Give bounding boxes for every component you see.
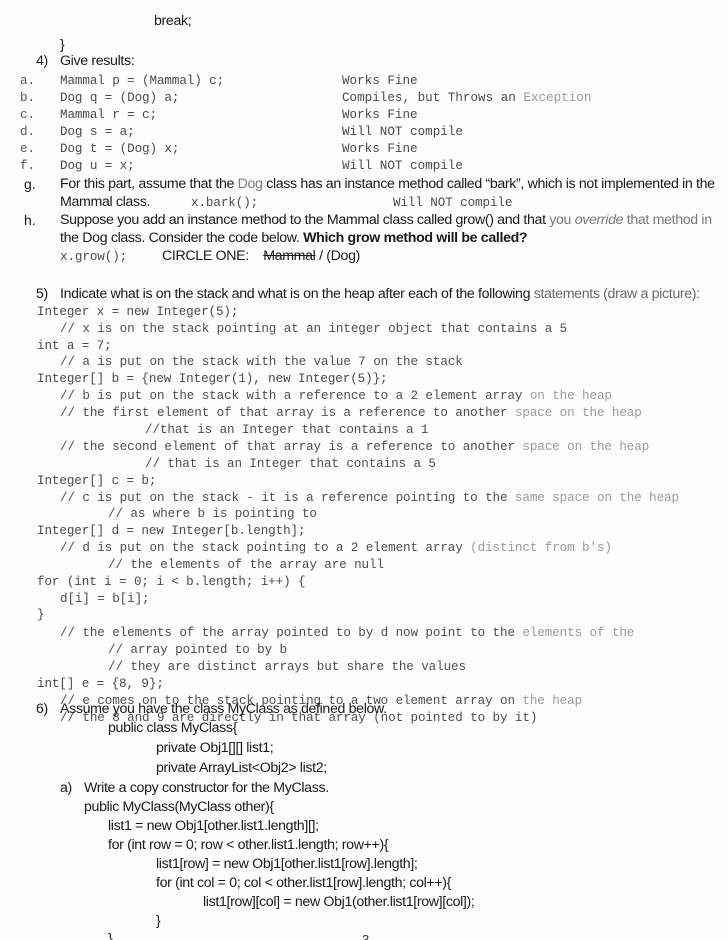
code-line: } <box>108 930 112 940</box>
text-part: the Dog class. Consider the code below. <box>60 230 303 246</box>
item-code: Mammal p = (Mammal) c; <box>60 72 224 90</box>
item-code: Dog s = a; <box>60 123 135 141</box>
comment-line: // that is an Integer that contains a 5 <box>145 455 436 473</box>
comment-line: // the elements of the array are null <box>108 556 384 574</box>
item-answer: Will NOT compile <box>342 157 463 175</box>
comment-main: // b is put on the stack with a referenc… <box>60 389 522 403</box>
text-part: Suppose you add an instance method to th… <box>60 212 549 228</box>
item-code: Dog q = (Dog) a; <box>60 89 179 107</box>
item-label: g. <box>24 175 36 193</box>
comment-line: // the second element of that array is a… <box>60 438 649 456</box>
title-main: Indicate what is on the stack and what i… <box>60 286 530 302</box>
comment-main: // the second element of that array is a… <box>60 440 515 454</box>
code-line: list1[row] = new Obj1[other.list1[row].l… <box>156 855 418 873</box>
code-line: public MyClass(MyClass other){ <box>84 798 274 816</box>
dog-word: Dog <box>238 176 263 192</box>
item-h-code: x.grow(); <box>60 248 127 266</box>
item-code: Mammal r = c; <box>60 106 157 124</box>
item-code: Dog u = x; <box>60 157 135 175</box>
text-part: that method in <box>623 212 712 228</box>
comment-fade: same space on the heap <box>507 491 679 505</box>
item-g-code: x.bark(); <box>191 194 258 212</box>
item-h-line2: the Dog class. Consider the code below. … <box>60 229 527 247</box>
question-5-number: 5) <box>36 285 48 303</box>
item-answer: Works Fine <box>342 106 418 124</box>
item-code: Dog t = (Dog) x; <box>60 140 179 158</box>
comment-main: // the first element of that array is a … <box>60 406 507 420</box>
code-line: Integer x = new Integer(5); <box>37 303 238 321</box>
question-4-title: Give results: <box>60 52 134 70</box>
part-a-title: Write a copy constructor for the MyClass… <box>84 779 329 797</box>
comment-line: // x is on the stack pointing at an inte… <box>60 320 567 338</box>
code-line: for (int i = 0; i < b.length; i++) { <box>37 573 305 591</box>
item-label: a. <box>20 72 35 90</box>
item-label: h. <box>24 211 36 229</box>
code-line: } <box>156 912 160 930</box>
code-line: list1[row][col] = new Obj1(other.list1[r… <box>203 893 474 911</box>
code-line: int[] e = {8, 9}; <box>37 675 164 693</box>
option-dog-selected: (Dog) <box>326 248 360 264</box>
item-label: d. <box>20 123 35 141</box>
answer-fade: Exception <box>523 91 591 105</box>
comment-fade: space on the heap <box>515 440 649 454</box>
option-mammal-crossed: Mammal <box>263 248 315 264</box>
question-6-title: Assume you have the class MyClass as def… <box>60 700 387 718</box>
item-answer: Works Fine <box>342 72 418 90</box>
comment-line: // the elements of the array pointed to … <box>60 624 634 642</box>
comment-line: //that is an Integer that contains a 1 <box>145 421 428 439</box>
text-part: For this part, assume that the <box>60 176 238 192</box>
item-h-text: Suppose you add an instance method to th… <box>60 211 712 229</box>
comment-fade: elements of the <box>515 626 634 640</box>
comment-line: // d is put on the stack pointing to a 2… <box>60 539 612 557</box>
item-answer: Compiles, but Throws an Exception <box>342 89 591 107</box>
question-5-title: Indicate what is on the stack and what i… <box>60 285 700 303</box>
text-part: class has an instance method called “bar… <box>263 176 528 192</box>
text-part: you <box>549 212 574 228</box>
question-4-number: 4) <box>36 52 48 70</box>
comment-fade: space on the heap <box>507 406 641 420</box>
comment-fade: (distinct from b's) <box>463 541 612 555</box>
exam-page: break; } 4) Give results: a. Mammal p = … <box>0 0 728 940</box>
code-line: for (int row = 0; row < other.list1.leng… <box>108 836 388 854</box>
comment-line: // a is put on the stack with the value … <box>60 353 463 371</box>
part-a-label: a) <box>60 779 72 797</box>
field-list1: private Obj1[][] list1; <box>156 739 273 757</box>
override-word: override <box>575 212 623 228</box>
page-number: 3 <box>362 932 369 940</box>
code-line: Integer[] d = new Integer[b.length]; <box>37 522 305 540</box>
item-g-answer: Will NOT compile <box>393 194 512 212</box>
code-line: Integer[] b = {new Integer(1), new Integ… <box>37 370 388 388</box>
code-line: list1 = new Obj1[other.list1.length][]; <box>108 817 319 835</box>
circle-label: CIRCLE ONE: <box>162 248 249 264</box>
code-line: } <box>37 606 44 624</box>
comment-line: // b is put on the stack with a referenc… <box>60 387 612 405</box>
comment-fade: on the heap <box>522 389 612 403</box>
code-line: for (int col = 0; col < other.list1[row]… <box>156 874 451 892</box>
question-prompt: Which grow method will be called? <box>303 230 527 246</box>
question-6-number: 6) <box>36 700 48 718</box>
comment-line: // the first element of that array is a … <box>60 404 642 422</box>
item-label: b. <box>20 89 35 107</box>
title-fade: statements (draw a picture): <box>530 286 700 302</box>
answer-main: Compiles, but Throws an <box>342 91 523 105</box>
comment-line: // they are distinct arrays but share th… <box>108 658 466 676</box>
comment-fade: the heap <box>515 694 582 708</box>
item-g-text: For this part, assume that the Dog class… <box>60 175 715 193</box>
circle-one-choice: CIRCLE ONE: Mammal / (Dog) <box>162 247 360 265</box>
field-list2: private ArrayList<Obj2> list2; <box>156 759 327 777</box>
comment-main: // d is put on the stack pointing to a 2… <box>60 541 463 555</box>
class-declaration: public class MyClass{ <box>108 719 237 737</box>
break-statement: break; <box>154 12 191 30</box>
item-label: e. <box>20 140 35 158</box>
item-label: f. <box>20 157 35 175</box>
code-line: d[i] = b[i]; <box>60 590 150 608</box>
text-part: which is not implemented in the <box>528 176 715 192</box>
comment-main: // the elements of the array pointed to … <box>60 626 515 640</box>
item-answer: Works Fine <box>342 140 418 158</box>
option-separator: / <box>315 248 326 264</box>
comment-main: // c is put on the stack - it is a refer… <box>60 491 507 505</box>
item-label: c. <box>20 106 35 124</box>
comment-line: // as where b is pointing to <box>108 505 317 523</box>
code-line: Integer[] c = b; <box>37 472 156 490</box>
item-answer: Will NOT compile <box>342 123 463 141</box>
comment-line: // array pointed to by b <box>108 641 287 659</box>
item-g-line2: Mammal class. <box>60 193 150 211</box>
